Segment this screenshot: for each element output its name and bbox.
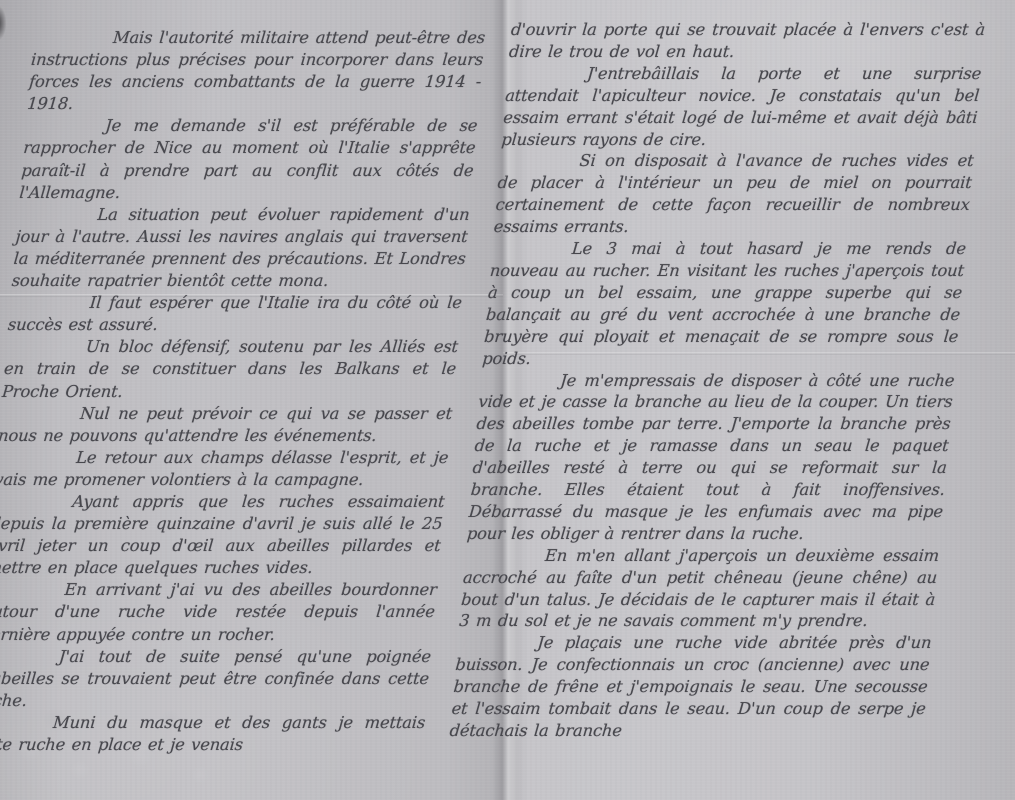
- handwritten-paragraph: En arrivant j'ai vu des abeilles bourdon…: [0, 579, 438, 645]
- handwritten-paragraph: Il faut espérer que l'Italie ira du côté…: [7, 292, 463, 336]
- handwritten-paragraph: Si on disposait à l'avance de ruches vid…: [493, 150, 975, 238]
- left-page-text: Mais l'autorité militaire attend peut-êt…: [0, 27, 486, 756]
- handwritten-paragraph: Mais l'autorité militaire attend peut-êt…: [26, 27, 486, 115]
- handwritten-paragraph: J'entrebâillais la porte et une surprise…: [501, 63, 983, 151]
- handwritten-paragraph: Le retour aux champs délasse l'esprit, e…: [0, 447, 449, 491]
- handwritten-paragraph: Je m'empressais de disposer à côté une r…: [466, 370, 955, 545]
- manuscript-scan: Mais l'autorité militaire attend peut-êt…: [0, 0, 1015, 800]
- right-page: d'ouvrir la porte qui se trouvait placée…: [449, 19, 986, 742]
- handwritten-paragraph: Un bloc défensif, soutenu par les Alliés…: [1, 336, 459, 402]
- handwritten-paragraph: Ayant appris que les ruches essaimaient …: [0, 491, 445, 579]
- handwritten-paragraph: La situation peut évoluer rapidement d'u…: [11, 204, 471, 292]
- right-page-text: J'entrebâillais la porte et une surprise…: [449, 63, 982, 742]
- edge-smudge: [0, 6, 6, 40]
- handwritten-paragraph: Je me demande s'il est préférable de se …: [19, 115, 479, 203]
- handwritten-paragraph: J'ai tout de suite pensé qu'une poignée …: [0, 646, 432, 712]
- handwritten-paragraph: Le 3 mai à tout hasard je me rends de no…: [481, 238, 966, 369]
- handwritten-paragraph-continuation: d'ouvrir la porte qui se trouvait placée…: [508, 19, 986, 63]
- handwritten-paragraph: Nul ne peut prévoir ce qui va se passer …: [0, 403, 453, 447]
- handwritten-paragraph: En m'en allant j'aperçois un deuxième es…: [458, 545, 940, 633]
- handwritten-paragraph: Je plaçais une ruche vide abritée près d…: [449, 632, 933, 742]
- handwritten-paragraph: Muni du masque et des gants je mettais c…: [0, 712, 426, 756]
- left-page: Mais l'autorité militaire attend peut-êt…: [0, 27, 486, 756]
